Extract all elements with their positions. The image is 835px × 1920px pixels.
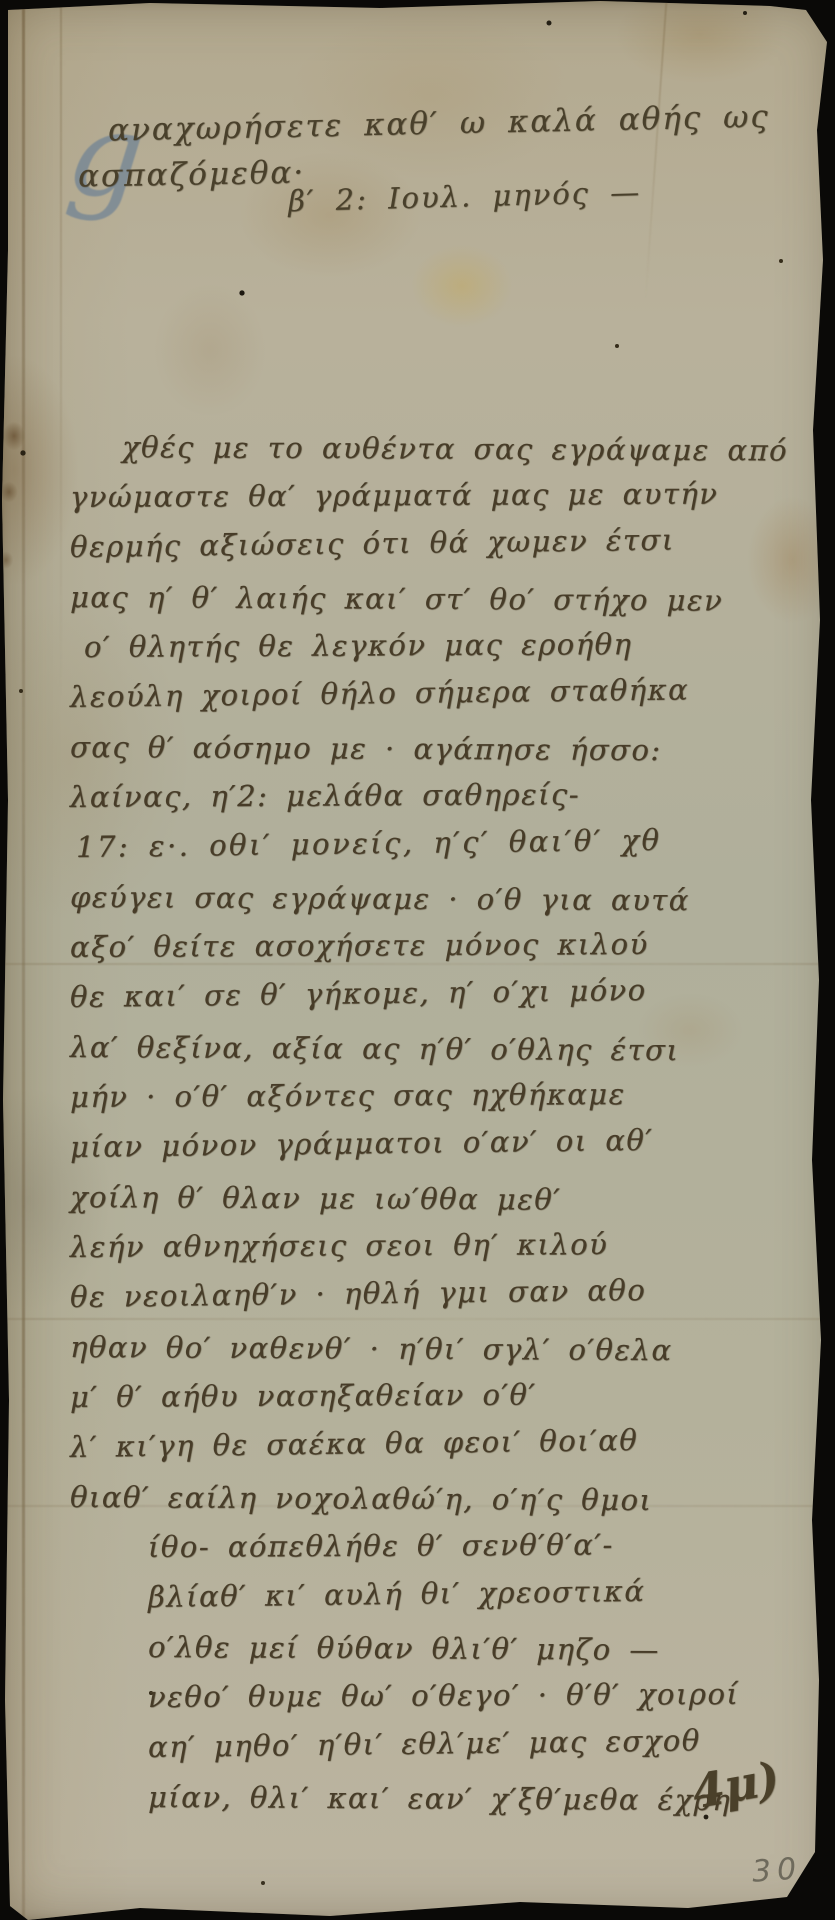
- letter-page: g αναχωρήσετε καθ′ ω καλά αθής ως ασπαζό…: [0, 0, 835, 1920]
- handwritten-line: βλίαθ′ κι′ αυλή θι′ χρεοστικά: [148, 1564, 835, 1622]
- handwritten-line: λεούλη χοιροί θήλο σήμερα σταθήκα: [70, 663, 835, 722]
- handwritten-line: θιαθ′ εαίλη νοχολαθώ′η, ο′η′ς θμοι: [70, 1472, 835, 1526]
- handwritten-header-line: αναχωρήσετε καθ′ ω καλά αθής ως: [108, 100, 830, 146]
- vertical-fold-crease: [60, 0, 62, 700]
- letter-header: αναχωρήσετε καθ′ ω καλά αθής ως ασπαζόμε…: [70, 108, 830, 209]
- handwritten-line: θε νεοιλαηθ′ν · ηθλή γμι σαν αθο: [70, 1263, 835, 1322]
- signature-flourish: 4μ): [689, 1755, 783, 1815]
- page-number: 30: [751, 1854, 803, 1887]
- handwritten-line: λ′ κι′γη θε σαέκα θα φεοι′ θοι′αθ: [70, 1413, 835, 1472]
- handwritten-line: 17: ε·. οθι′ μονείς, η′ς′ θαι′θ′ χθ: [76, 813, 835, 872]
- handwritten-line: μίαν μόνον γράμματοι ο′αν′ οι αθ′: [70, 1113, 835, 1172]
- letter-body: χθές με το αυθέντα σας εγράψαμε από γνώμ…: [70, 422, 835, 1822]
- handwritten-line: θερμής αξιώσεις ότι θά χωμεν έτσι: [70, 513, 835, 572]
- vertical-fold-crease: [22, 0, 25, 1920]
- ink-specks: [0, 0, 2, 2]
- scan-background: g αναχωρήσετε καθ′ ω καλά αθής ως ασπαζό…: [0, 0, 835, 1920]
- handwritten-line: ο′λθε μεί θύθαν θλι′θ′ μηζο —: [148, 1622, 835, 1676]
- handwritten-line: θε και′ σε θ′ γήκομε, η′ ο′χι μόνο: [70, 963, 835, 1022]
